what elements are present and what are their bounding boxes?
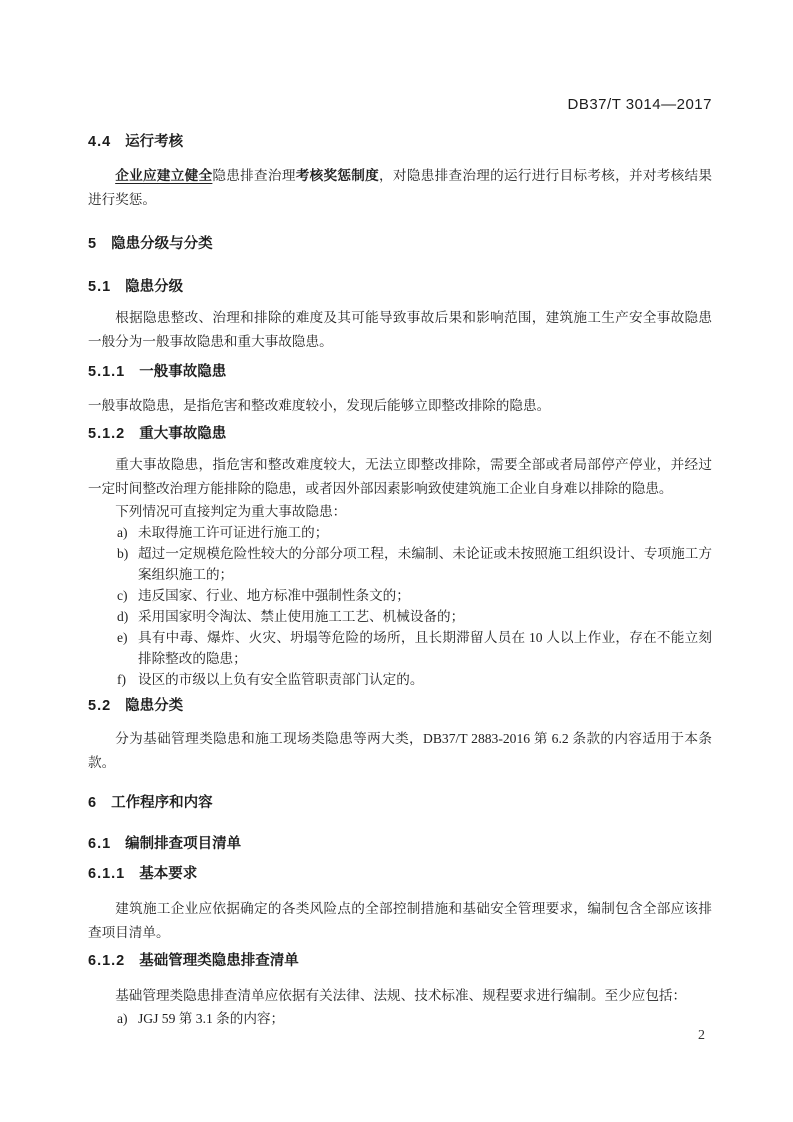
heading-6: 6工作程序和内容 [88,795,712,812]
list-item-text: 设区的市级以上负有安全监管职责部门认定的。 [138,672,423,687]
page-content: DB37/T 3014—2017 4.4运行考核 企业应建立健全隐患排查治理考核… [88,96,712,1029]
list-item: c)违反国家、行业、地方标准中强制性条文的； [88,585,712,606]
heading-6-1-1: 6.1.1基本要求 [88,866,712,883]
heading-number: 5.1 [88,279,111,296]
heading-title: 隐患分级与分类 [111,236,213,252]
basic-checklist-list: a)JGJ 59 第 3.1 条的内容； [88,1008,712,1029]
list-item: d)采用国家明令淘汰、禁止使用施工工艺、机械设备的； [88,606,712,627]
heading-5-1-1: 5.1.1一般事故隐患 [88,364,712,381]
paragraph-6-1-2: 基础管理类隐患排查清单应依据有关法律、法规、技术标准、规程要求进行编制。至少应包… [88,984,712,1008]
major-hazard-list: a)未取得施工许可证进行施工的； b)超过一定规模危险性较大的分部分项工程，未编… [88,522,712,690]
list-item-text: 违反国家、行业、地方标准中强制性条文的； [138,588,410,603]
heading-title: 运行考核 [125,134,183,150]
list-item-text: 超过一定规模危险性较大的分部分项工程，未编制、未论证或未按照施工组织设计、专项施… [138,546,712,582]
heading-title: 基本要求 [139,866,197,882]
emphasized-underlined-text: 企业应建立健全 [115,168,212,183]
list-item-marker: c) [117,585,128,606]
list-item: f)设区的市级以上负有安全监管职责部门认定的。 [88,669,712,690]
heading-title: 工作程序和内容 [111,795,213,811]
heading-5: 5隐患分级与分类 [88,236,712,253]
heading-number: 5 [88,236,97,253]
paragraph-5-1-2-list-intro: 下列情况可直接判定为重大事故隐患： [88,501,712,522]
heading-number: 4.4 [88,134,111,151]
list-item-text: 具有中毒、爆炸、火灾、坍塌等危险的场所，且长期滞留人员在 10 人以上作业，存在… [138,630,712,666]
list-item-marker: e) [117,627,128,648]
heading-number: 6.1.1 [88,866,125,883]
list-item: e)具有中毒、爆炸、火灾、坍塌等危险的场所，且长期滞留人员在 10 人以上作业，… [88,627,712,669]
heading-4-4: 4.4运行考核 [88,134,712,151]
list-item-marker: f) [117,669,126,690]
heading-title: 一般事故隐患 [139,364,226,380]
heading-6-1-2: 6.1.2基础管理类隐患排查清单 [88,953,712,970]
heading-5-1: 5.1隐患分级 [88,279,712,296]
page-number: 2 [698,1028,705,1044]
list-item-text: 采用国家明令淘汰、禁止使用施工工艺、机械设备的； [138,609,464,624]
heading-number: 6 [88,795,97,812]
paragraph-5-1-1: 一般事故隐患，是指危害和整改难度较小，发现后能够立即整改排除的隐患。 [88,394,712,418]
heading-6-1: 6.1编制排查项目清单 [88,836,712,853]
list-item-marker: a) [117,1008,128,1029]
heading-5-2: 5.2隐患分类 [88,698,712,715]
paragraph-5-1-2: 重大事故隐患，指危害和整改难度较大，无法立即整改排除，需要全部或者局部停产停业，… [88,453,712,501]
list-item-marker: b) [117,543,128,564]
heading-number: 5.1.2 [88,426,125,443]
document-page: DB37/T 3014—2017 4.4运行考核 企业应建立健全隐患排查治理考核… [0,0,793,1122]
paragraph-4-4: 企业应建立健全隐患排查治理考核奖惩制度，对隐患排查治理的运行进行目标考核，并对考… [88,164,712,212]
body-text: 隐患排查治理 [212,168,295,183]
list-item-marker: a) [117,522,128,543]
list-item: b)超过一定规模危险性较大的分部分项工程，未编制、未论证或未按照施工组织设计、专… [88,543,712,585]
list-item-text: 未取得施工许可证进行施工的； [138,525,328,540]
list-item: a)未取得施工许可证进行施工的； [88,522,712,543]
heading-5-1-2: 5.1.2重大事故隐患 [88,426,712,443]
heading-title: 基础管理类隐患排查清单 [139,953,299,969]
heading-number: 5.1.1 [88,364,125,381]
running-header-doc-code: DB37/T 3014—2017 [88,96,712,114]
paragraph-6-1-1: 建筑施工企业应依据确定的各类风险点的全部控制措施和基础安全管理要求，编制包含全部… [88,897,712,945]
list-item: a)JGJ 59 第 3.1 条的内容； [88,1008,712,1029]
paragraph-5-2: 分为基础管理类隐患和施工现场类隐患等两大类，DB37/T 2883-2016 第… [88,727,712,775]
bold-text: 考核奖惩制度 [296,168,379,183]
heading-title: 隐患分级 [125,279,183,295]
list-item-text: JGJ 59 第 3.1 条的内容； [138,1011,284,1026]
heading-number: 6.1 [88,836,111,853]
heading-title: 隐患分类 [125,698,183,714]
heading-number: 6.1.2 [88,953,125,970]
heading-title: 编制排查项目清单 [125,836,241,852]
heading-title: 重大事故隐患 [139,426,226,442]
heading-number: 5.2 [88,698,111,715]
list-item-marker: d) [117,606,128,627]
paragraph-5-1: 根据隐患整改、治理和排除的难度及其可能导致事故后果和影响范围，建筑施工生产安全事… [88,306,712,354]
